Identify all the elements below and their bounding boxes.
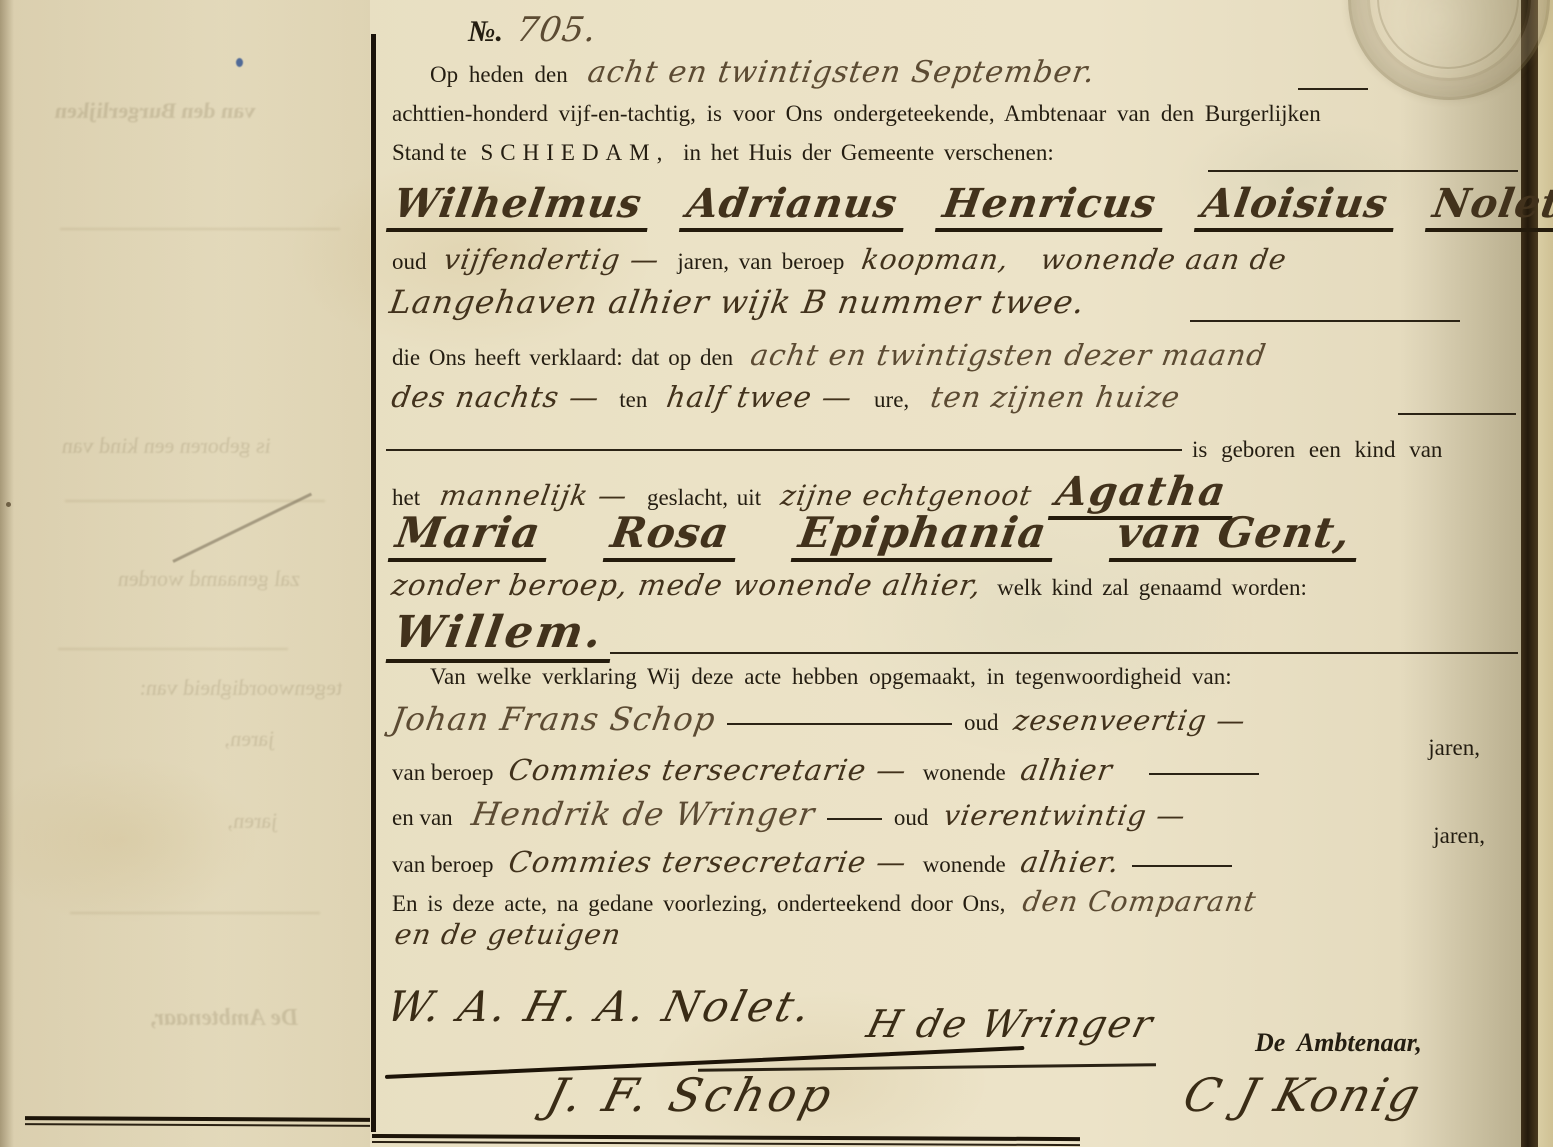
printed-text: in het Huis der Gemeente verschenen: bbox=[683, 140, 1054, 165]
official-title: De Ambtenaar, bbox=[1255, 1028, 1422, 1058]
declarant-address: Langehaven alhier wijk B nummer twee. bbox=[390, 283, 1085, 321]
filler-line bbox=[386, 449, 1182, 451]
mother-details-line: zonder beroep, mede wonende alhier, welk… bbox=[392, 568, 1307, 602]
city-name: SCHIEDAM, bbox=[481, 140, 670, 165]
witness2-occupation: Commies tersecretarie — bbox=[507, 845, 910, 879]
declarant-name-word: Henricus bbox=[935, 180, 1170, 232]
printed-text: oud bbox=[392, 249, 427, 274]
printed-text: wonende bbox=[923, 760, 1006, 785]
declarant-name-word: Wilhelmus bbox=[386, 180, 656, 232]
printed-text: Stand te bbox=[392, 140, 467, 165]
bottom-rule-left-thin bbox=[25, 1123, 370, 1127]
witness1-age: zesenveertig — bbox=[1012, 704, 1249, 737]
blue-ink-dot bbox=[236, 58, 243, 67]
witness1-name: Johan Frans Schop bbox=[389, 700, 719, 738]
printed-text: van beroep bbox=[392, 760, 494, 785]
printed-text: wonende bbox=[923, 852, 1006, 877]
book-edge bbox=[1521, 0, 1538, 1147]
bottom-rule-left-thick bbox=[25, 1116, 370, 1122]
printed-text: en van bbox=[392, 805, 453, 830]
birth-certificate-scan: van den Burgerlijken is geboren een kind… bbox=[0, 0, 1553, 1147]
opening-line-3: Stand te SCHIEDAM, in het Huis der Gemee… bbox=[392, 140, 1054, 166]
bleedthrough-text: De Ambtenaar, bbox=[149, 1005, 300, 1032]
bleedthrough-line bbox=[58, 648, 288, 650]
witness1-line: Johan Frans Schop oud zesenveertig — jar… bbox=[392, 700, 1520, 738]
signature-declarant: W. A. H. A. Nolet. bbox=[382, 982, 819, 1031]
closing-witnesses-handwritten: en de getuigen bbox=[395, 918, 621, 951]
declarant-name-word: Aloisius bbox=[1193, 180, 1401, 232]
closing-text: en de getuigen bbox=[392, 918, 623, 951]
mother-name: Maria Rosa Epiphania van Gent, bbox=[392, 508, 1376, 562]
filler-line bbox=[1132, 865, 1232, 867]
bleedthrough-text: van den Burgerlijken bbox=[54, 98, 257, 124]
opening-line-2: achttien-honderd vijf-en-tachtig, is voo… bbox=[392, 101, 1321, 127]
witness2-name: Hendrik de Wringer bbox=[469, 795, 818, 833]
closing-line: En is deze acte, na gedane voorlezing, o… bbox=[392, 885, 1256, 918]
signature-witness1: J. F. Schop bbox=[541, 1068, 841, 1122]
bleedthrough-text: jaren, bbox=[224, 726, 276, 752]
act-number-row: №. 705. bbox=[468, 10, 596, 50]
declarant-name-word: Adrianus bbox=[679, 180, 911, 232]
printed-text: jaren, bbox=[1433, 823, 1485, 849]
left-page-edge-shadow bbox=[0, 0, 14, 1147]
bleedthrough-text: zal genaamd worden bbox=[117, 566, 302, 592]
declarant-details-line: oud vijfendertig — jaren, van beroep koo… bbox=[392, 243, 1286, 276]
mother-name-word: Maria bbox=[388, 508, 555, 562]
printed-text: geslacht, uit bbox=[647, 485, 761, 510]
opening-line-1: Op heden den acht en twintigsten Septemb… bbox=[430, 55, 1095, 90]
act-number-value: 705. bbox=[514, 10, 600, 50]
witness1-occupation: Commies tersecretarie — bbox=[507, 753, 910, 787]
ink-speck bbox=[6, 502, 11, 507]
signature-witness2: H de Wringer bbox=[863, 1002, 1159, 1046]
child-name-text: Willem. bbox=[386, 607, 619, 663]
act-number-label: №. bbox=[468, 15, 503, 48]
filler-line bbox=[1208, 170, 1518, 172]
address-text: Langehaven alhier wijk B nummer twee. bbox=[387, 283, 1088, 321]
printed-text: van beroep bbox=[392, 852, 494, 877]
margin-rule bbox=[371, 34, 376, 1132]
printed-text: oud bbox=[964, 710, 999, 735]
declarant-age: vijfendertig — bbox=[442, 243, 663, 276]
bleedthrough-text: is geboren een kind van bbox=[61, 433, 273, 459]
birth-hour: half twee — bbox=[664, 380, 855, 414]
mother-name-word: Epiphania bbox=[791, 508, 1061, 562]
printed-text: jaren, bbox=[1428, 735, 1480, 761]
filler-line bbox=[1398, 413, 1516, 415]
signature-official: C J Konig bbox=[1178, 1068, 1427, 1122]
declaration-line-1: die Ons heeft verklaard: dat op den acht… bbox=[392, 338, 1266, 372]
printed-text: oud bbox=[894, 805, 929, 830]
time-of-day: des nachts — bbox=[389, 380, 602, 414]
declarant-name-word: Nolet, bbox=[1425, 180, 1553, 232]
closing-handwritten: den Comparant bbox=[1020, 885, 1258, 918]
bleedthrough-text: tegenwoordigheid van: bbox=[139, 675, 344, 701]
bleedthrough-text: jaren, bbox=[227, 808, 279, 834]
mother-occupation: zonder beroep, mede wonende alhier, bbox=[389, 568, 984, 602]
declarant-name: Wilhelmus Adrianus Henricus Aloisius Nol… bbox=[390, 180, 1553, 232]
witness2-age: vierentwintig — bbox=[941, 799, 1188, 832]
mother-name-word: Rosa bbox=[602, 508, 742, 562]
witness2-line: en van Hendrik de Wringer oud vierentwin… bbox=[392, 795, 1520, 833]
printed-text: die Ons heeft verklaard: dat op den bbox=[392, 345, 733, 370]
underlying-page-edge bbox=[1538, 0, 1553, 1147]
filler-line bbox=[1298, 88, 1368, 90]
witness2-residence: alhier. bbox=[1019, 845, 1123, 879]
child-name: Willem. bbox=[390, 607, 630, 663]
embossed-seal-icon bbox=[1348, 0, 1550, 100]
bottom-rule-right-thick bbox=[372, 1134, 1080, 1141]
witnesses-intro: Van welke verklaring Wij deze acte hebbe… bbox=[430, 664, 1232, 690]
printed-text: ure, bbox=[874, 387, 909, 412]
declarant-occupation: koopman, bbox=[859, 243, 1011, 276]
declaration-line-2: des nachts — ten half twee — ure, ten zi… bbox=[392, 380, 1180, 414]
filler-line bbox=[827, 818, 882, 820]
bleedthrough-line bbox=[60, 228, 340, 230]
witness1-residence: alhier bbox=[1019, 753, 1116, 787]
printed-text: En is deze acte, na gedane voorlezing, o… bbox=[392, 891, 1005, 916]
filler-line bbox=[1190, 320, 1460, 322]
filler-line bbox=[610, 652, 1518, 654]
birth-place-handwritten: ten zijnen huize bbox=[928, 380, 1182, 414]
printed-text: jaren, van beroep bbox=[677, 249, 844, 274]
printed-text: Op heden den bbox=[430, 62, 568, 87]
printed-text: het bbox=[392, 485, 420, 510]
handwritten-date: acht en twintigsten September. bbox=[585, 55, 1098, 90]
born-child-printed: is geboren een kind van bbox=[1192, 437, 1442, 463]
declarant-residing: wonende aan de bbox=[1038, 243, 1289, 276]
page-gutter-shadow bbox=[1400, 0, 1522, 1147]
witness1-occupation-line: van beroep Commies tersecretarie — wonen… bbox=[392, 753, 1265, 787]
filler-line bbox=[1149, 773, 1259, 775]
pencil-stroke bbox=[172, 493, 312, 563]
filler-line bbox=[727, 723, 952, 725]
bottom-rule-right-thin bbox=[372, 1141, 1080, 1146]
bleedthrough-line bbox=[65, 500, 325, 502]
printed-text: ten bbox=[619, 387, 647, 412]
printed-text: welk kind zal genaamd worden: bbox=[997, 575, 1307, 600]
witness2-occupation-line: van beroep Commies tersecretarie — wonen… bbox=[392, 845, 1238, 879]
bleedthrough-line bbox=[70, 912, 320, 914]
embossed-seal-inner-ring bbox=[1377, 0, 1519, 69]
mother-name-word: van Gent, bbox=[1109, 508, 1364, 562]
birth-date-handwritten: acht en twintigsten dezer maand bbox=[748, 338, 1269, 372]
